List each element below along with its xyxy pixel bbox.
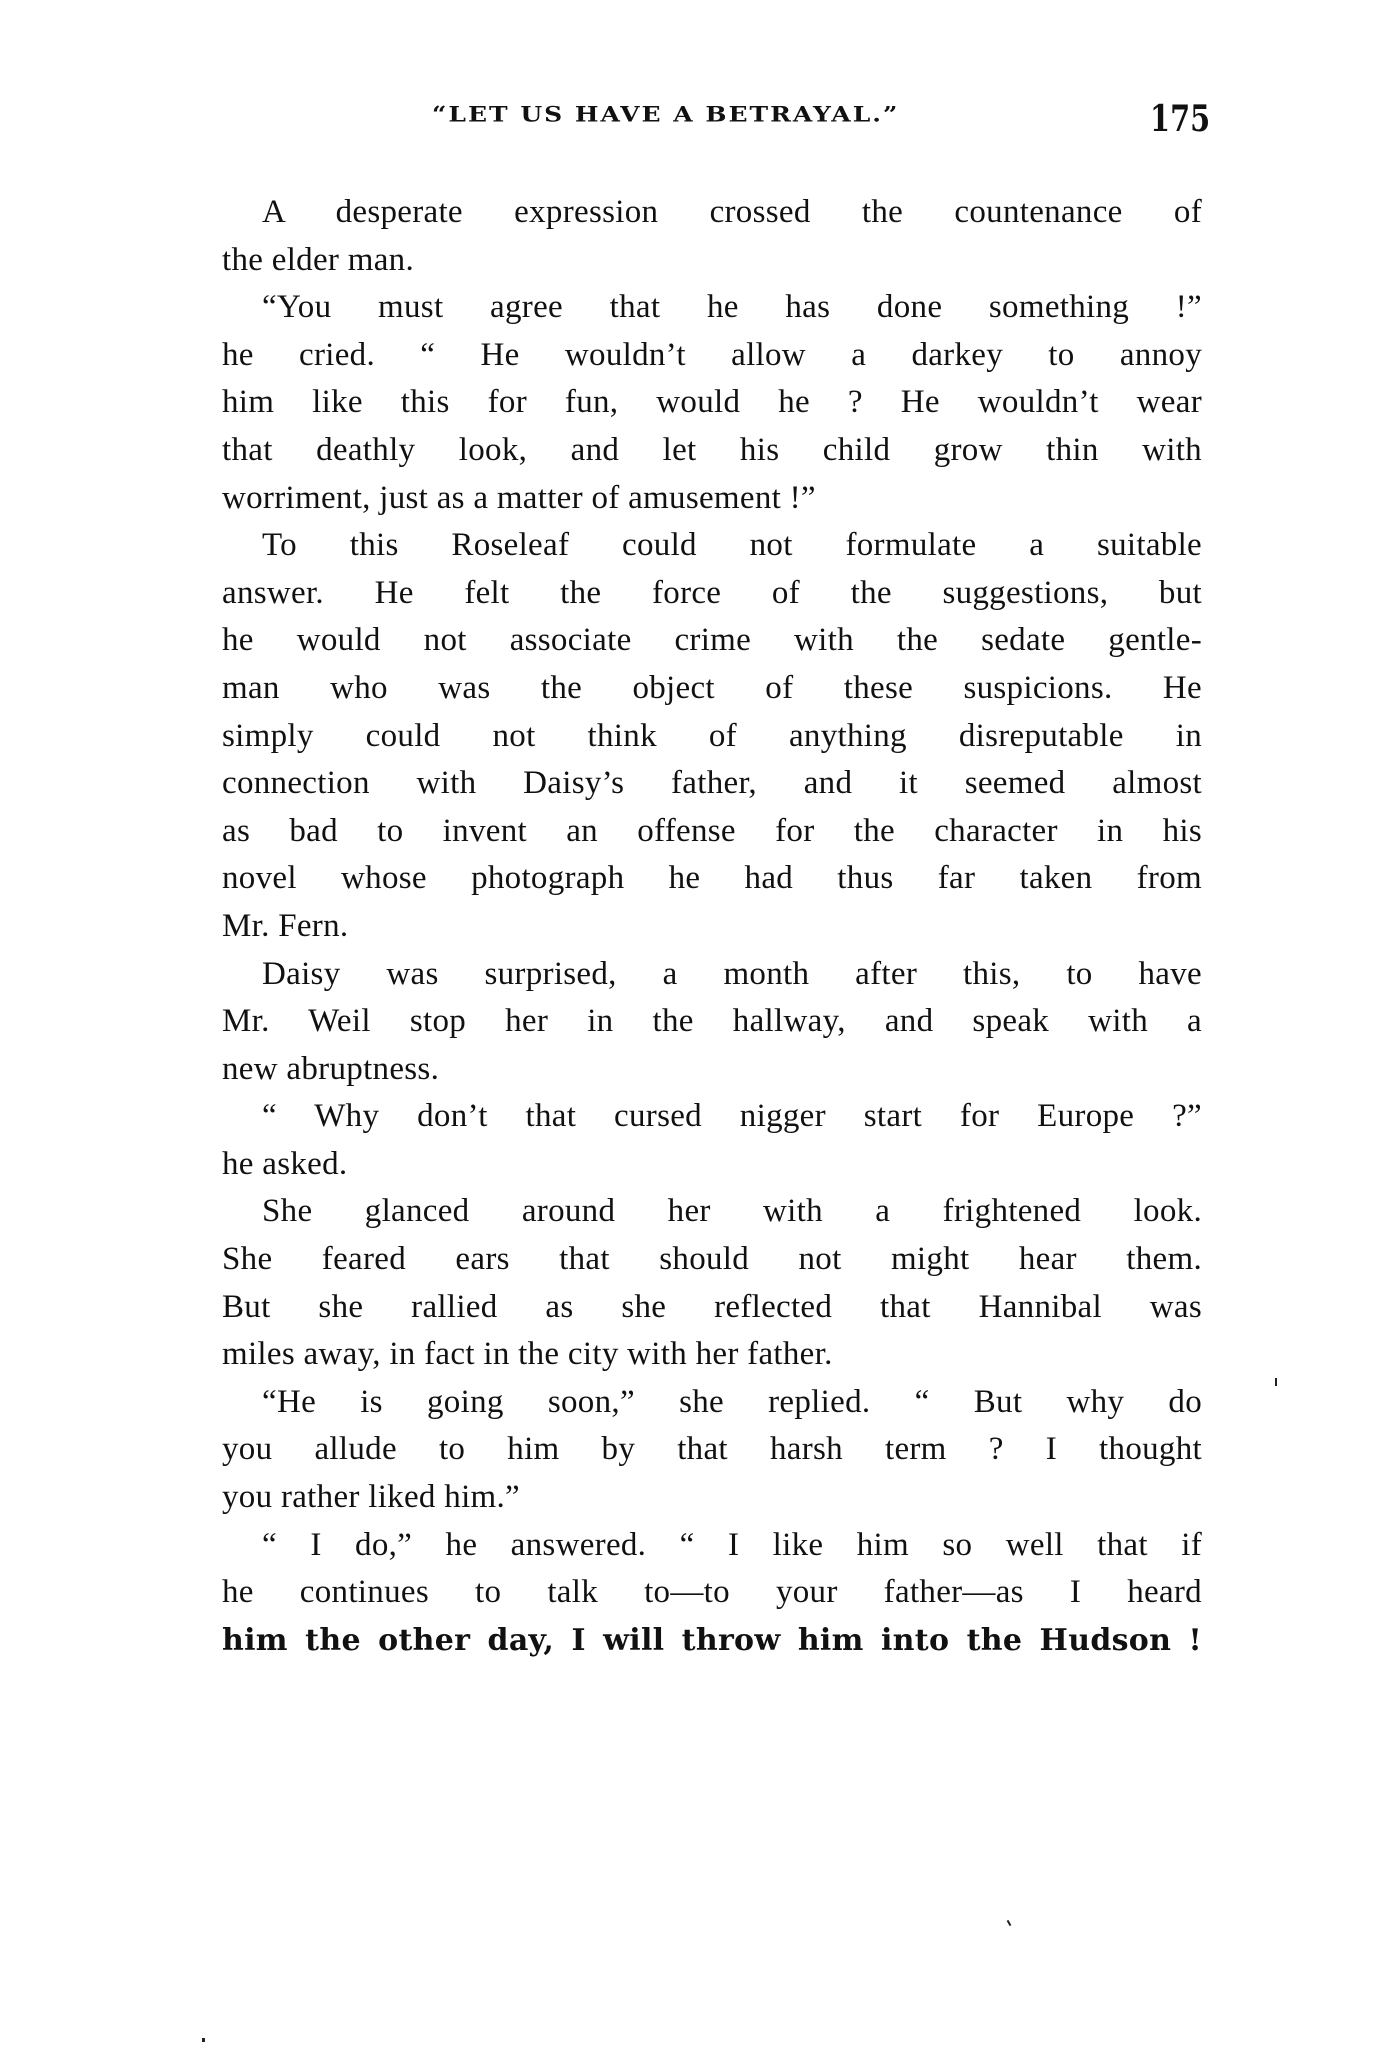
- text-line: “ I do,” he answered. “ I like him so we…: [222, 1522, 1202, 1570]
- text-line: worriment, just as a matter of amusement…: [222, 475, 1202, 523]
- text-line: he asked.: [222, 1141, 1202, 1189]
- scan-speck: [202, 2038, 205, 2042]
- text-line: She feared ears that should not might he…: [222, 1236, 1202, 1284]
- text-line: as bad to invent an offense for the char…: [222, 808, 1202, 856]
- text-line: A desperate expression crossed the count…: [222, 189, 1202, 237]
- text-line: he cried. “ He wouldn’t allow a darkey t…: [222, 332, 1202, 380]
- paragraph: “ Why don’t that cursed nigger start for…: [222, 1093, 1202, 1188]
- text-line: him the other day, I will throw him into…: [222, 1617, 1202, 1665]
- text-line: that deathly look, and let his child gro…: [222, 427, 1202, 475]
- text-line: “He is going soon,” she replied. “ But w…: [222, 1379, 1202, 1427]
- text-line: But she rallied as she reflected that Ha…: [222, 1284, 1202, 1332]
- text-line: She glanced around her with a frightened…: [222, 1188, 1202, 1236]
- text-line: Mr. Fern.: [222, 903, 1202, 951]
- text-line: Mr. Weil stop her in the hallway, and sp…: [222, 998, 1202, 1046]
- text-line: novel whose photograph he had thus far t…: [222, 855, 1202, 903]
- text-line: you allude to him by that harsh term ? I…: [222, 1426, 1202, 1474]
- text-line: new abruptness.: [222, 1046, 1202, 1094]
- text-line: connection with Daisy’s father, and it s…: [222, 760, 1202, 808]
- text-line: answer. He felt the force of the suggest…: [222, 570, 1202, 618]
- running-head: “Let us have a betrayal.” 175: [222, 100, 1210, 144]
- paragraph: “He is going soon,” she replied. “ But w…: [222, 1379, 1202, 1522]
- paragraph: A desperate expression crossed the count…: [222, 189, 1202, 284]
- text-line: To this Roseleaf could not formulate a s…: [222, 522, 1202, 570]
- paragraph: To this Roseleaf could not formulate a s…: [222, 522, 1202, 950]
- text-line: him like this for fun, would he ? He wou…: [222, 379, 1202, 427]
- body-text: A desperate expression crossed the count…: [222, 189, 1202, 1664]
- running-title: “Let us have a betrayal.”: [432, 102, 899, 127]
- text-line: “ Why don’t that cursed nigger start for…: [222, 1093, 1202, 1141]
- paragraph: “You must agree that he has done somethi…: [222, 284, 1202, 522]
- text-line: simply could not think of anything disre…: [222, 713, 1202, 761]
- text-line: Daisy was surprised, a month after this,…: [222, 951, 1202, 999]
- paragraph: “ I do,” he answered. “ I like him so we…: [222, 1522, 1202, 1665]
- scan-speck: [1275, 1378, 1277, 1386]
- page-number: 175: [1150, 98, 1210, 140]
- text-line: the elder man.: [222, 237, 1202, 285]
- paragraph: She glanced around her with a frightened…: [222, 1188, 1202, 1378]
- paragraph: Daisy was surprised, a month after this,…: [222, 951, 1202, 1094]
- text-line: “You must agree that he has done somethi…: [222, 284, 1202, 332]
- text-line: miles away, in fact in the city with her…: [222, 1331, 1202, 1379]
- text-line: you rather liked him.”: [222, 1474, 1202, 1522]
- text-line: he continues to talk to—to your father—a…: [222, 1569, 1202, 1617]
- scan-speck: [1007, 1920, 1012, 1926]
- text-line: man who was the object of these suspicio…: [222, 665, 1202, 713]
- text-line: he would not associate crime with the se…: [222, 617, 1202, 665]
